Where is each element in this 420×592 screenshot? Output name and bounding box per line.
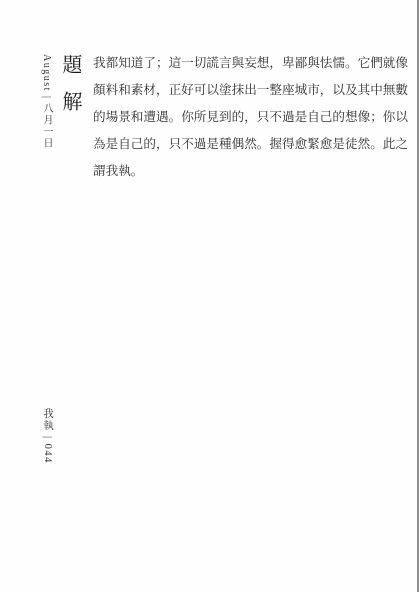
date-english: August	[41, 54, 52, 92]
page-footer: 我執|044	[40, 408, 55, 464]
page-number: 044	[42, 444, 53, 464]
body-paragraph: 我都知道了；這一切謊言與妄想，卑鄙與怯懦。它們就像顏料和素材，正好可以塗抹出一整…	[93, 50, 408, 185]
date-divider: |	[41, 96, 52, 100]
page-edge-line	[417, 0, 419, 592]
chapter-title: 題解	[56, 54, 85, 128]
date-chinese: 八月一日	[41, 103, 52, 149]
book-page: August|八月一日 題解 我都知道了；這一切謊言與妄想，卑鄙與怯懦。它們就像…	[0, 0, 420, 592]
footer-divider: |	[42, 436, 53, 440]
book-title: 我執	[42, 408, 53, 432]
date-header: August|八月一日	[39, 54, 54, 149]
